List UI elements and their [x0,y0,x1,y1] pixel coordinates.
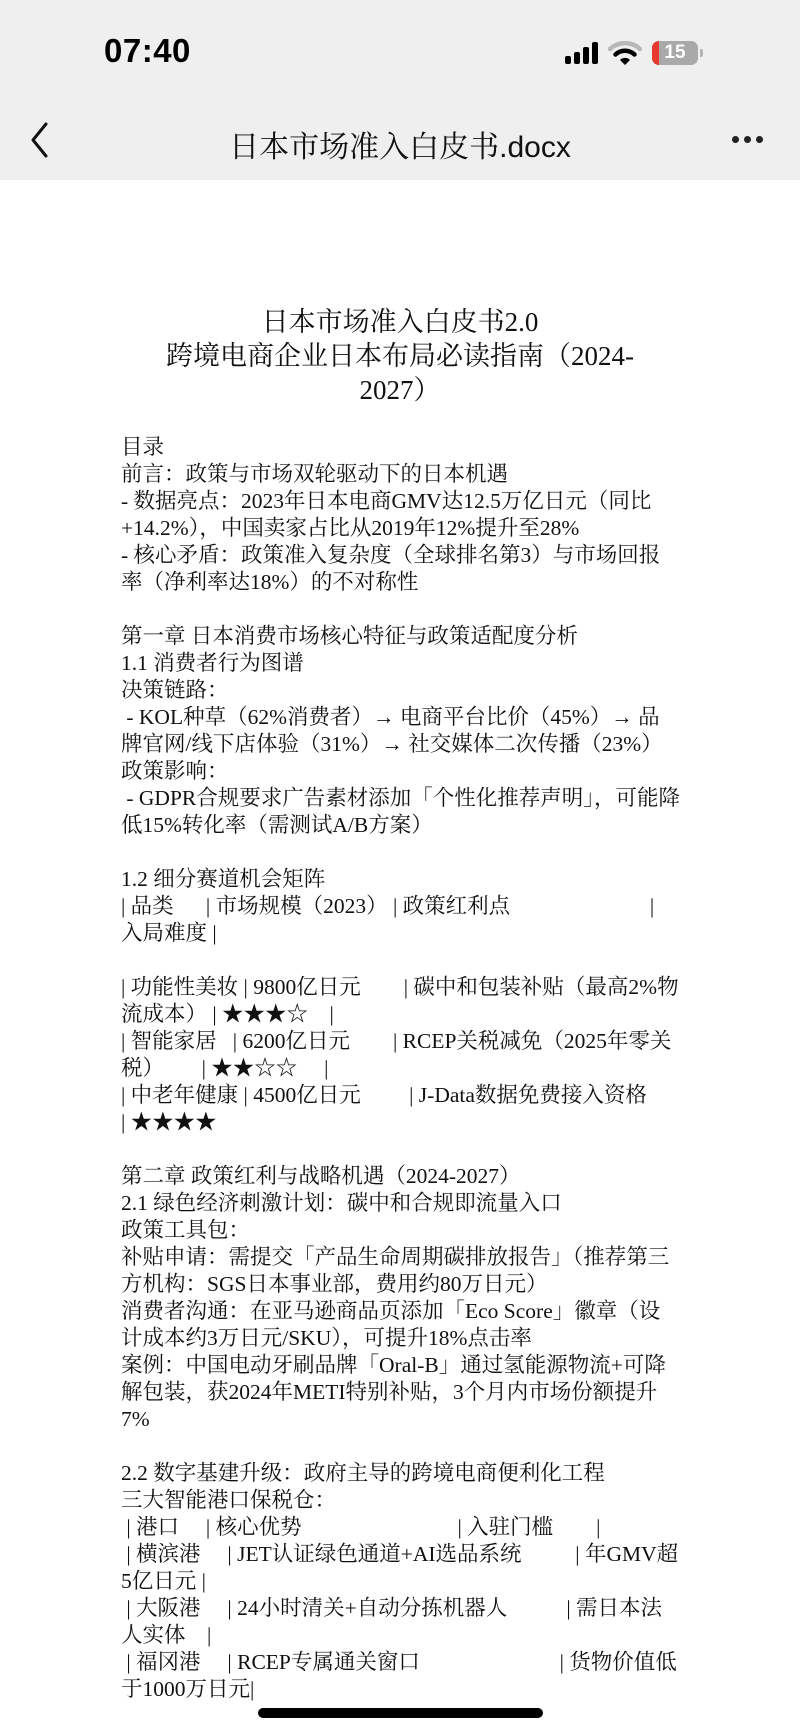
paragraph: 案例：中国电动牙刷品牌「Oral-B」通过氢能源物流+可降解包装，获2024年M… [121,1352,681,1433]
label: 决策链路： [121,677,681,704]
document-filename-title: 日本市场准入白皮书.docx [0,122,800,166]
label: 政策影响： [121,758,681,785]
section-heading: 2.1 绿色经济刺激计划：碳中和合规即流量入口 [121,1190,681,1217]
ports-row: | 大阪港 | 24小时清关+自动分拣机器人 | 需日本法人实体 | [121,1595,681,1649]
title-line: 2027） [120,373,680,407]
matrix-row: | 功能性美妆 | 9800亿日元 | 碳中和包装补贴（最高2%物流成本） | … [121,974,681,1028]
toc-highlight: - 核心矛盾：政策准入复杂度（全球排名第3）与市场回报率（净利率达18%）的不对… [121,542,681,596]
ports-header-row: | 港口 | 核心优势 | 入驻门槛 | [121,1514,681,1541]
home-indicator[interactable] [258,1708,543,1718]
paragraph: 消费者沟通：在亚马逊商品页添加「Eco Score」徽章（设计成本约3万日元/S… [121,1298,681,1352]
document-viewer[interactable]: 日本市场准入白皮书2.0 跨境电商企业日本布局必读指南（2024- 2027） … [0,180,800,1734]
ports-row: | 横滨港 | JET认证绿色通道+AI选品系统 | 年GMV超5亿日元 | [121,1541,681,1595]
nav-bar: 日本市场准入白皮书.docx [0,100,800,180]
status-icons: 15 [565,38,703,68]
document-body: 目录 前言：政策与市场双轮驱动下的日本机遇 - 数据亮点：2023年日本电商GM… [121,434,681,1703]
matrix-header-row: | 品类 | 市场规模（2023） | 政策红利点 | 入局难度 | [121,893,681,947]
status-time: 07:40 [104,32,191,70]
header-area: 07:40 15 日本市场准入白皮书.docx [0,0,800,180]
battery-icon: 15 [652,41,698,65]
paragraph: - GDPR合规要求广告素材添加「个性化推荐声明」，可能降低15%转化率（需测试… [121,785,681,839]
ports-row: | 福冈港 | RCEP专属通关窗口 | 货物价值低于1000万日元| [121,1649,681,1703]
paragraph: - KOL种草（62%消费者）→ 电商平台比价（45%）→ 品牌官网/线下店体验… [121,704,681,758]
more-options-button[interactable] [722,122,772,156]
matrix-row: | 中老年健康 | 4500亿日元 | J-Data数据免费接入资格 | ★★★… [121,1082,681,1136]
wifi-icon [608,40,642,66]
chapter-heading: 第二章 政策红利与战略机遇（2024-2027） [121,1163,681,1190]
battery-level-indicator [652,41,659,65]
label: 三大智能港口保税仓： [121,1487,681,1514]
section-heading: 1.2 细分赛道机会矩阵 [121,866,681,893]
toc-highlight: - 数据亮点：2023年日本电商GMV达12.5万亿日元（同比+14.2%），中… [121,488,681,542]
toc-heading: 目录 [121,434,681,461]
toc-preface: 前言：政策与市场双轮驱动下的日本机遇 [121,461,681,488]
section-heading: 2.2 数字基建升级：政府主导的跨境电商便利化工程 [121,1460,681,1487]
chapter-heading: 第一章 日本消费市场核心特征与政策适配度分析 [121,623,681,650]
cellular-signal-icon [565,42,598,64]
matrix-row: | 智能家居 | 6200亿日元 | RCEP关税减免（2025年零关税） | … [121,1028,681,1082]
status-bar: 07:40 15 [0,0,800,100]
document-title: 日本市场准入白皮书2.0 跨境电商企业日本布局必读指南（2024- 2027） [120,305,680,407]
ellipsis-icon-dot [756,136,763,143]
ellipsis-icon-dot [744,136,751,143]
battery-cap [700,49,703,57]
battery-percent: 15 [664,42,685,64]
section-heading: 1.1 消费者行为图谱 [121,650,681,677]
title-line: 跨境电商企业日本布局必读指南（2024- [120,339,680,373]
paragraph: 补贴申请：需提交「产品生命周期碳排放报告」（推荐第三方机构：SGS日本事业部，费… [121,1244,681,1298]
ellipsis-icon-dot [732,136,739,143]
title-line: 日本市场准入白皮书2.0 [120,305,680,339]
label: 政策工具包： [121,1217,681,1244]
